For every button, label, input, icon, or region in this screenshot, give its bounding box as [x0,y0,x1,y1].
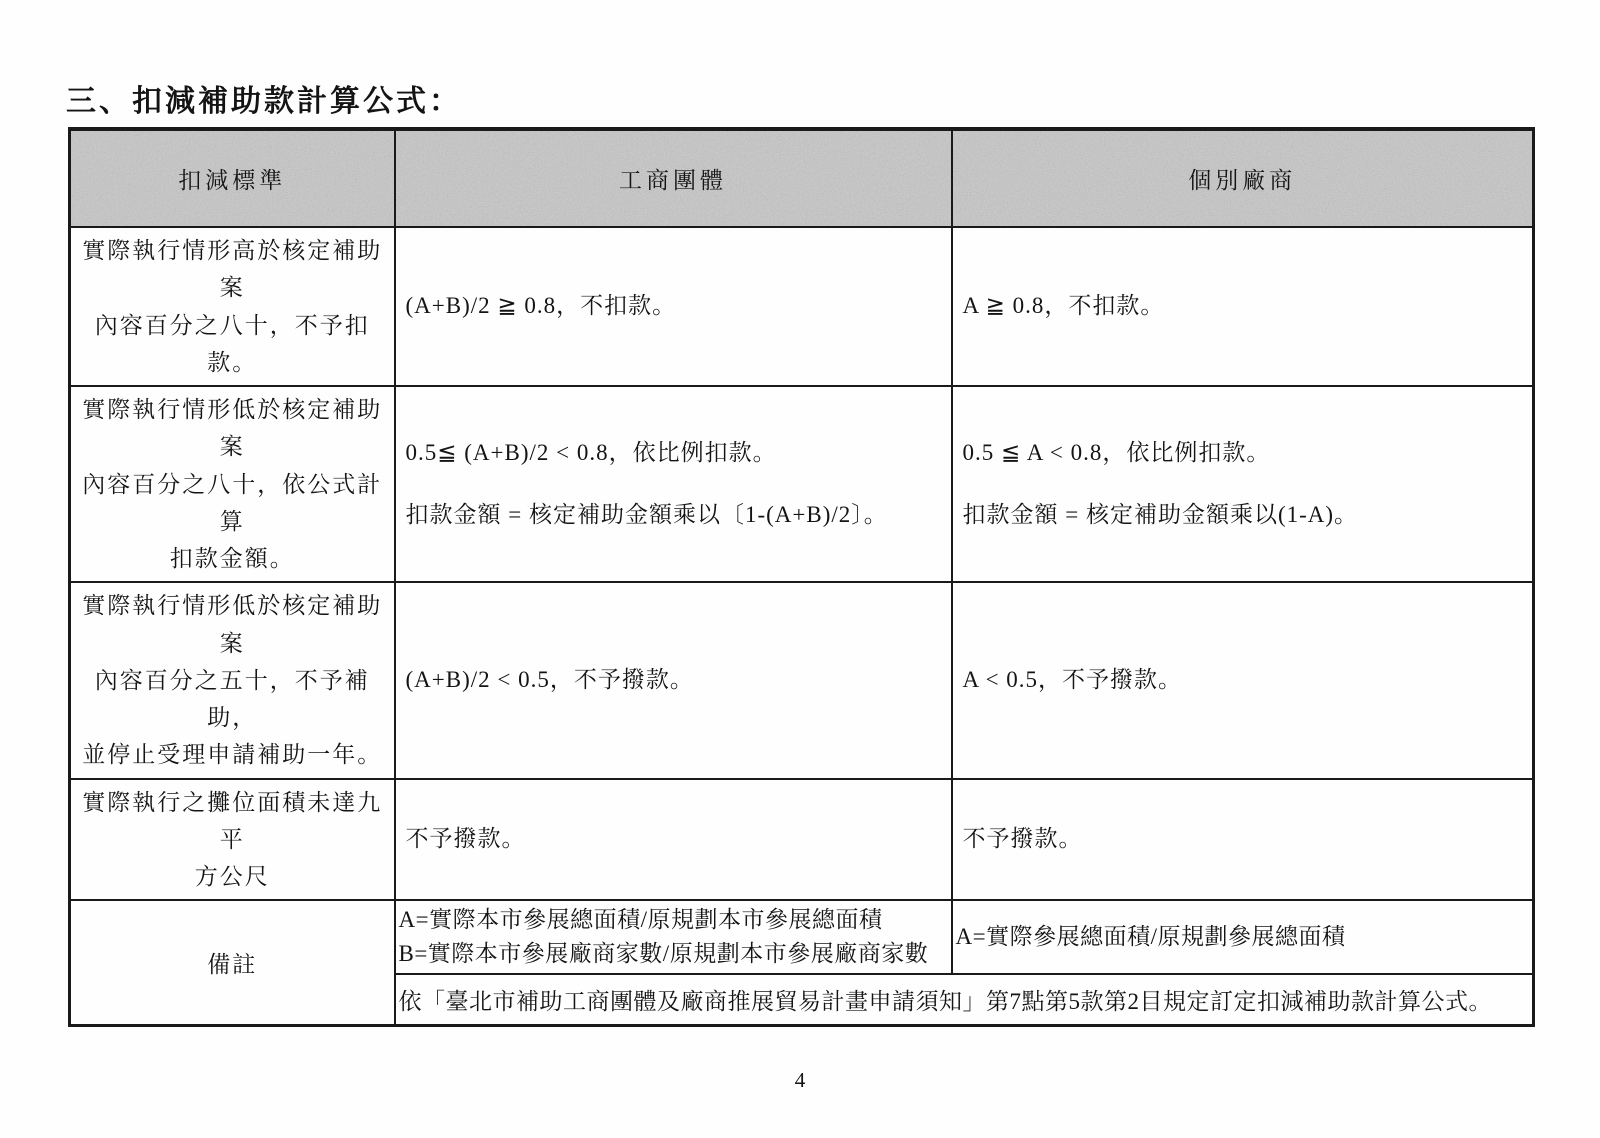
page-number: 4 [0,1068,1600,1093]
individual-formula-cell: 不予撥款。 [952,779,1534,901]
table-row: 實際執行情形低於核定補助案 內容百分之八十，依公式計算 扣款金額。 0.5≦ (… [70,386,1534,582]
criterion-line: 並停止受理申請補助一年。 [75,736,390,773]
criterion-cell: 實際執行情形低於核定補助案 內容百分之五十，不予補助， 並停止受理申請補助一年。 [70,582,395,778]
table-row: 實際執行之攤位面積未達九平 方公尺 不予撥款。 不予撥款。 [70,779,1534,901]
criterion-line: 實際執行之攤位面積未達九平 [75,784,390,859]
notes-individual-cell: A=實際參展總面積/原規劃參展總面積 [952,900,1534,974]
notes-group-cell: A=實際本市參展總面積/原規劃本市參展總面積 B=實際本市參展廠商家數/原規劃本… [395,900,952,974]
header-cell-criterion: 扣減標準 [70,129,395,227]
header-label: 個別廠商 [1188,168,1296,193]
individual-formula-cell: A ≧ 0.8，不扣款。 [952,227,1534,386]
page-title: 三、扣減補助款計算公式： [66,76,462,120]
group-formula-cell: 不予撥款。 [395,779,952,901]
formula-line: 0.5 ≦ A < 0.8，依比例扣款。 [963,436,1532,471]
formula-line: 0.5≦ (A+B)/2 < 0.8，依比例扣款。 [406,436,950,471]
header-label: 工商團體 [619,168,727,193]
notes-line: A=實際本市參展總面積/原規劃本市參展總面積 [399,903,950,938]
deduction-formula-table: 扣減標準 工商團體 個別廠商 實際執行情形高於核定補助案 內容百分之八十，不予扣… [68,127,1535,1027]
table-row: 實際執行情形高於核定補助案 內容百分之八十，不予扣款。 (A+B)/2 ≧ 0.… [70,227,1534,386]
header-cell-group: 工商團體 [395,129,952,227]
header-label: 扣減標準 [178,168,286,193]
criterion-line: 內容百分之八十，依公式計算 [75,466,390,541]
formula-line: A < 0.5，不予撥款。 [963,663,1532,698]
group-formula-cell: 0.5≦ (A+B)/2 < 0.8，依比例扣款。 扣款金額 = 核定補助金額乘… [395,386,952,582]
notes-footer-cell: 依「臺北市補助工商團體及廠商推展貿易計畫申請須知」第7點第5款第2目規定訂定扣減… [395,974,1534,1026]
criterion-line: 實際執行情形高於核定補助案 [75,232,390,307]
criterion-line: 扣款金額。 [75,540,390,577]
individual-formula-cell: A < 0.5，不予撥款。 [952,582,1534,778]
criterion-line: 方公尺 [75,858,390,895]
table-header-row: 扣減標準 工商團體 個別廠商 [70,129,1534,227]
formula-line: (A+B)/2 < 0.5，不予撥款。 [406,663,950,698]
notes-label-cell: 備註 [70,900,395,1026]
criterion-line: 實際執行情形低於核定補助案 [75,391,390,466]
formula-line: 不予撥款。 [963,822,1532,857]
individual-formula-cell: 0.5 ≦ A < 0.8，依比例扣款。 扣款金額 = 核定補助金額乘以(1-A… [952,386,1534,582]
header-cell-individual: 個別廠商 [952,129,1534,227]
group-formula-cell: (A+B)/2 < 0.5，不予撥款。 [395,582,952,778]
criterion-cell: 實際執行之攤位面積未達九平 方公尺 [70,779,395,901]
formula-line: 不予撥款。 [406,822,950,857]
formula-line: A ≧ 0.8，不扣款。 [963,289,1532,324]
criterion-cell: 實際執行情形低於核定補助案 內容百分之八十，依公式計算 扣款金額。 [70,386,395,582]
formula-line: 扣款金額 = 核定補助金額乘以〔1-(A+B)/2〕。 [406,498,950,533]
formula-line: 扣款金額 = 核定補助金額乘以(1-A)。 [963,498,1532,533]
notes-line: B=實際本市參展廠商家數/原規劃本市參展廠商家數 [399,937,950,972]
notes-row: 備註 A=實際本市參展總面積/原規劃本市參展總面積 B=實際本市參展廠商家數/原… [70,900,1534,974]
group-formula-cell: (A+B)/2 ≧ 0.8，不扣款。 [395,227,952,386]
criterion-line: 內容百分之五十，不予補助， [75,662,390,737]
document-page: 三、扣減補助款計算公式： 扣減標準 工商團體 個別廠商 [0,0,1600,1138]
criterion-cell: 實際執行情形高於核定補助案 內容百分之八十，不予扣款。 [70,227,395,386]
table-row: 實際執行情形低於核定補助案 內容百分之五十，不予補助， 並停止受理申請補助一年。… [70,582,1534,778]
criterion-line: 內容百分之八十，不予扣款。 [75,307,390,382]
criterion-line: 實際執行情形低於核定補助案 [75,587,390,662]
notes-line: A=實際參展總面積/原規劃參展總面積 [956,920,1532,955]
formula-line: (A+B)/2 ≧ 0.8，不扣款。 [406,289,950,324]
